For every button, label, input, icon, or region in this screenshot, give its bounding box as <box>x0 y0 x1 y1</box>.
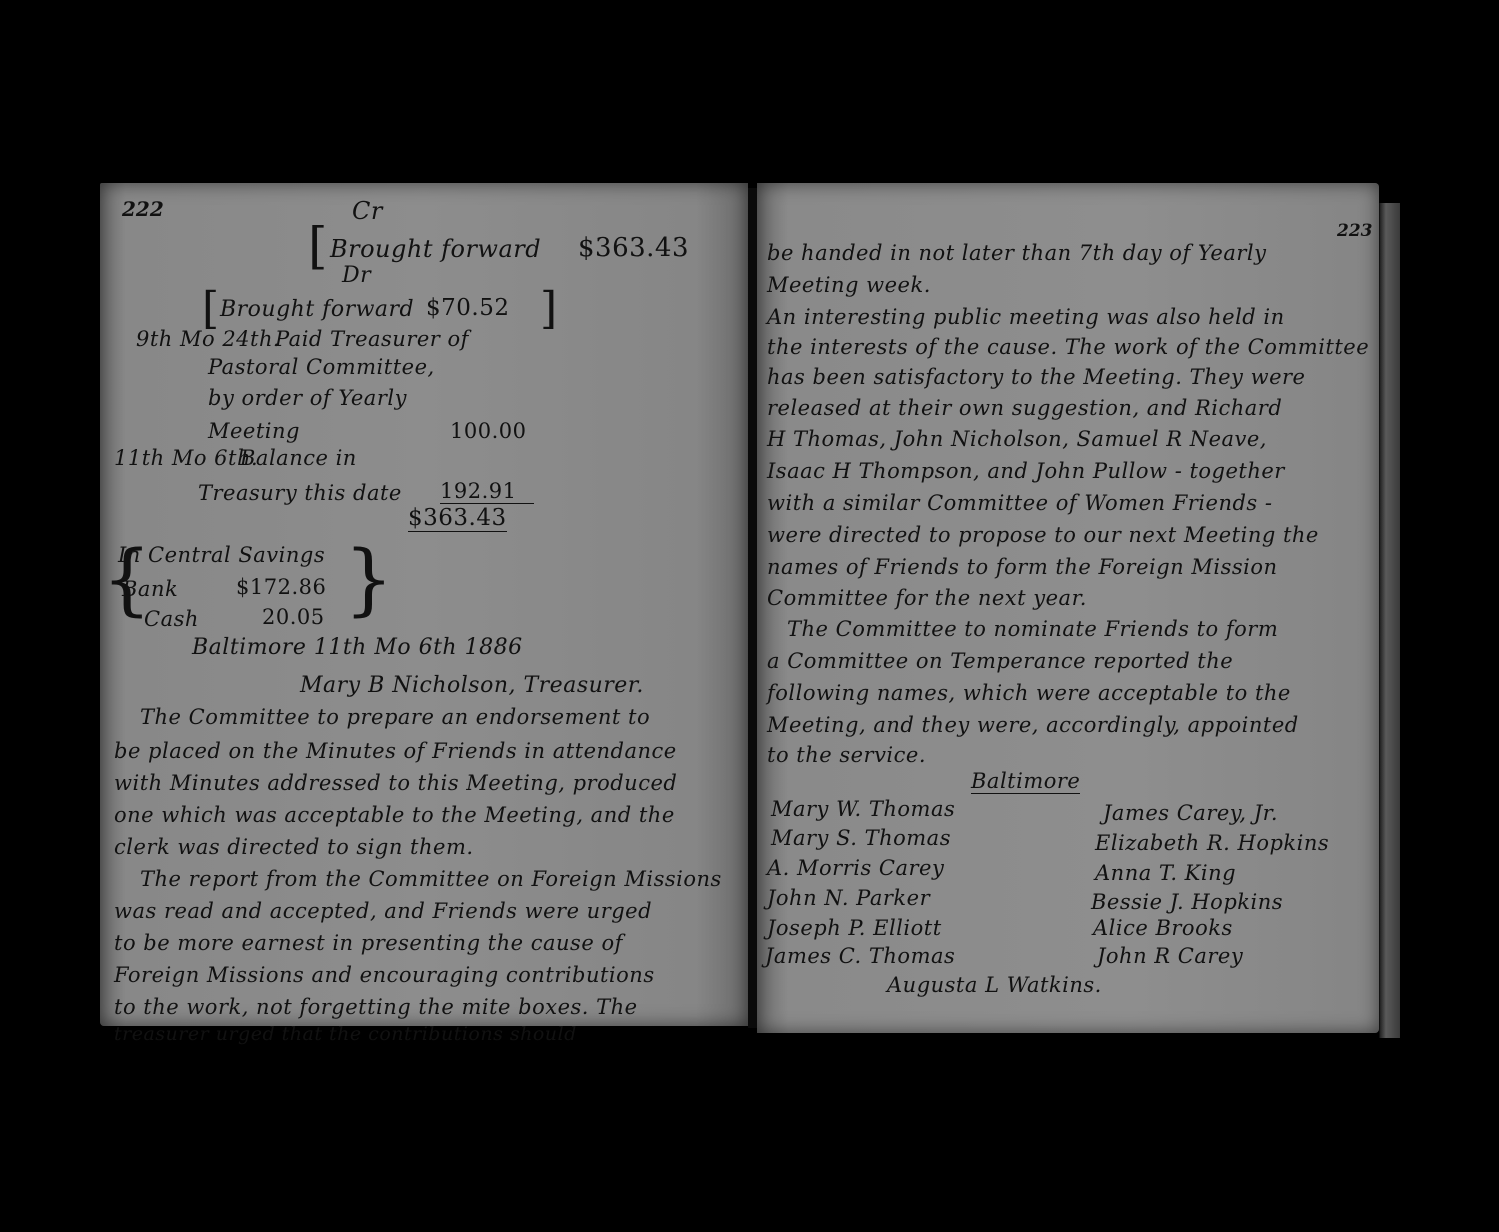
paragraph-line: clerk was directed to sign them. <box>114 835 474 859</box>
paragraph-line: H Thomas, John Nicholson, Samuel R Neave… <box>767 427 1267 451</box>
name-right: John R Carey <box>1097 944 1243 968</box>
paragraph-line: the interests of the cause. The work of … <box>767 335 1369 359</box>
bracket-open: [ <box>308 221 328 271</box>
entry-date: 9th Mo 24th. <box>136 327 280 351</box>
entry-line: Paid Treasurer of <box>275 327 469 351</box>
paragraph-line: Meeting, and they were, accordingly, app… <box>767 713 1299 737</box>
brace-close: } <box>344 541 394 619</box>
name-right: Elizabeth R. Hopkins <box>1095 831 1329 855</box>
entry-line: Balance in <box>240 446 357 470</box>
entry-amount: 100.00 <box>450 419 526 443</box>
paragraph-line: has been satisfactory to the Meeting. Th… <box>767 365 1305 389</box>
name-last: Augusta L Watkins. <box>887 973 1102 997</box>
paragraph-line: Foreign Missions and encouraging contrib… <box>114 963 655 987</box>
paragraph-line: with Minutes addressed to this Meeting, … <box>114 771 677 795</box>
paragraph-line: Isaac H Thompson, and John Pullow - toge… <box>767 459 1285 483</box>
bank-label: Bank <box>122 577 178 601</box>
name-right: James Carey, Jr. <box>1103 801 1278 825</box>
paragraph-line: a Committee on Temperance reported the <box>767 649 1233 673</box>
entry-amount: 192.91 <box>440 479 534 504</box>
bracket-open: [ <box>202 287 219 331</box>
bank-amount: $172.86 <box>236 575 326 599</box>
paragraph-line: with a similar Committee of Women Friend… <box>767 491 1272 515</box>
paragraph-line: be placed on the Minutes of Friends in a… <box>114 739 677 763</box>
entry-line: Meeting <box>208 419 300 443</box>
book-gutter <box>748 188 757 1028</box>
cr-brought-forward-amount: $363.43 <box>578 233 689 263</box>
treasurer-signature: Mary B Nicholson, Treasurer. <box>300 673 644 698</box>
name-right: Alice Brooks <box>1093 916 1233 940</box>
name-left: John N. Parker <box>767 886 930 910</box>
paragraph-line: The report from the Committee on Foreign… <box>140 867 722 891</box>
name-left: Mary W. Thomas <box>771 797 955 821</box>
name-right: Bessie J. Hopkins <box>1091 890 1283 914</box>
paragraph-line: following names, which were acceptable t… <box>767 681 1291 705</box>
paragraph-line: to the work, not forgetting the mite box… <box>114 995 638 1019</box>
cash-label: Cash <box>144 607 199 631</box>
paragraph-line: names of Friends to form the Foreign Mis… <box>767 555 1278 579</box>
cash-amount: 20.05 <box>262 605 325 629</box>
paragraph-line: treasurer urged that the contributions s… <box>114 1023 577 1045</box>
paragraph-line: The Committee to nominate Friends to for… <box>787 617 1278 641</box>
page-edge <box>1379 203 1400 1038</box>
open-ledger-book: 222 Cr [ Brought forward $363.43 Dr [ Br… <box>95 183 1425 1043</box>
left-page: 222 Cr [ Brought forward $363.43 Dr [ Br… <box>100 183 748 1026</box>
entry-line: Pastoral Committee, <box>208 355 435 379</box>
dr-brought-forward-label: Brought forward <box>220 297 414 322</box>
paragraph-line: to the service. <box>767 743 926 767</box>
total-amount: $363.43 <box>408 505 507 532</box>
name-left: James C. Thomas <box>765 944 955 968</box>
list-heading: Baltimore <box>971 769 1080 794</box>
cr-brought-forward-label: Brought forward <box>330 235 541 263</box>
entry-date: 11th Mo 6th. <box>114 446 258 470</box>
debit-label: Dr <box>342 263 371 288</box>
page-number: 223 <box>1337 221 1373 241</box>
paragraph-line: The Committee to prepare an endorsement … <box>140 705 650 729</box>
paragraph-line: be handed in not later than 7th day of Y… <box>767 241 1267 265</box>
paragraph-line: one which was acceptable to the Meeting,… <box>114 803 675 827</box>
name-left: A. Morris Carey <box>767 856 944 880</box>
paragraph-line: Meeting week. <box>767 273 931 297</box>
name-right: Anna T. King <box>1095 861 1236 885</box>
credit-label: Cr <box>352 197 383 225</box>
right-page: 223 be handed in not later than 7th day … <box>757 183 1379 1033</box>
bracket-close: ] <box>540 287 557 331</box>
entry-line: by order of Yearly <box>208 386 407 410</box>
paragraph-line: Committee for the next year. <box>767 586 1087 610</box>
holdings-line: In Central Savings <box>118 543 325 567</box>
place-date: Baltimore 11th Mo 6th 1886 <box>192 635 523 660</box>
entry-line: Treasury this date <box>198 481 402 505</box>
paragraph-line: was read and accepted, and Friends were … <box>114 899 652 923</box>
paragraph-line: released at their own suggestion, and Ri… <box>767 396 1282 420</box>
paragraph-line: to be more earnest in presenting the cau… <box>114 931 623 955</box>
dr-brought-forward-amount: $70.52 <box>426 295 509 321</box>
name-left: Joseph P. Elliott <box>767 916 942 940</box>
name-left: Mary S. Thomas <box>771 826 951 850</box>
paragraph-line: An interesting public meeting was also h… <box>767 305 1285 329</box>
page-number: 222 <box>122 197 164 221</box>
paragraph-line: were directed to propose to our next Mee… <box>767 523 1319 547</box>
